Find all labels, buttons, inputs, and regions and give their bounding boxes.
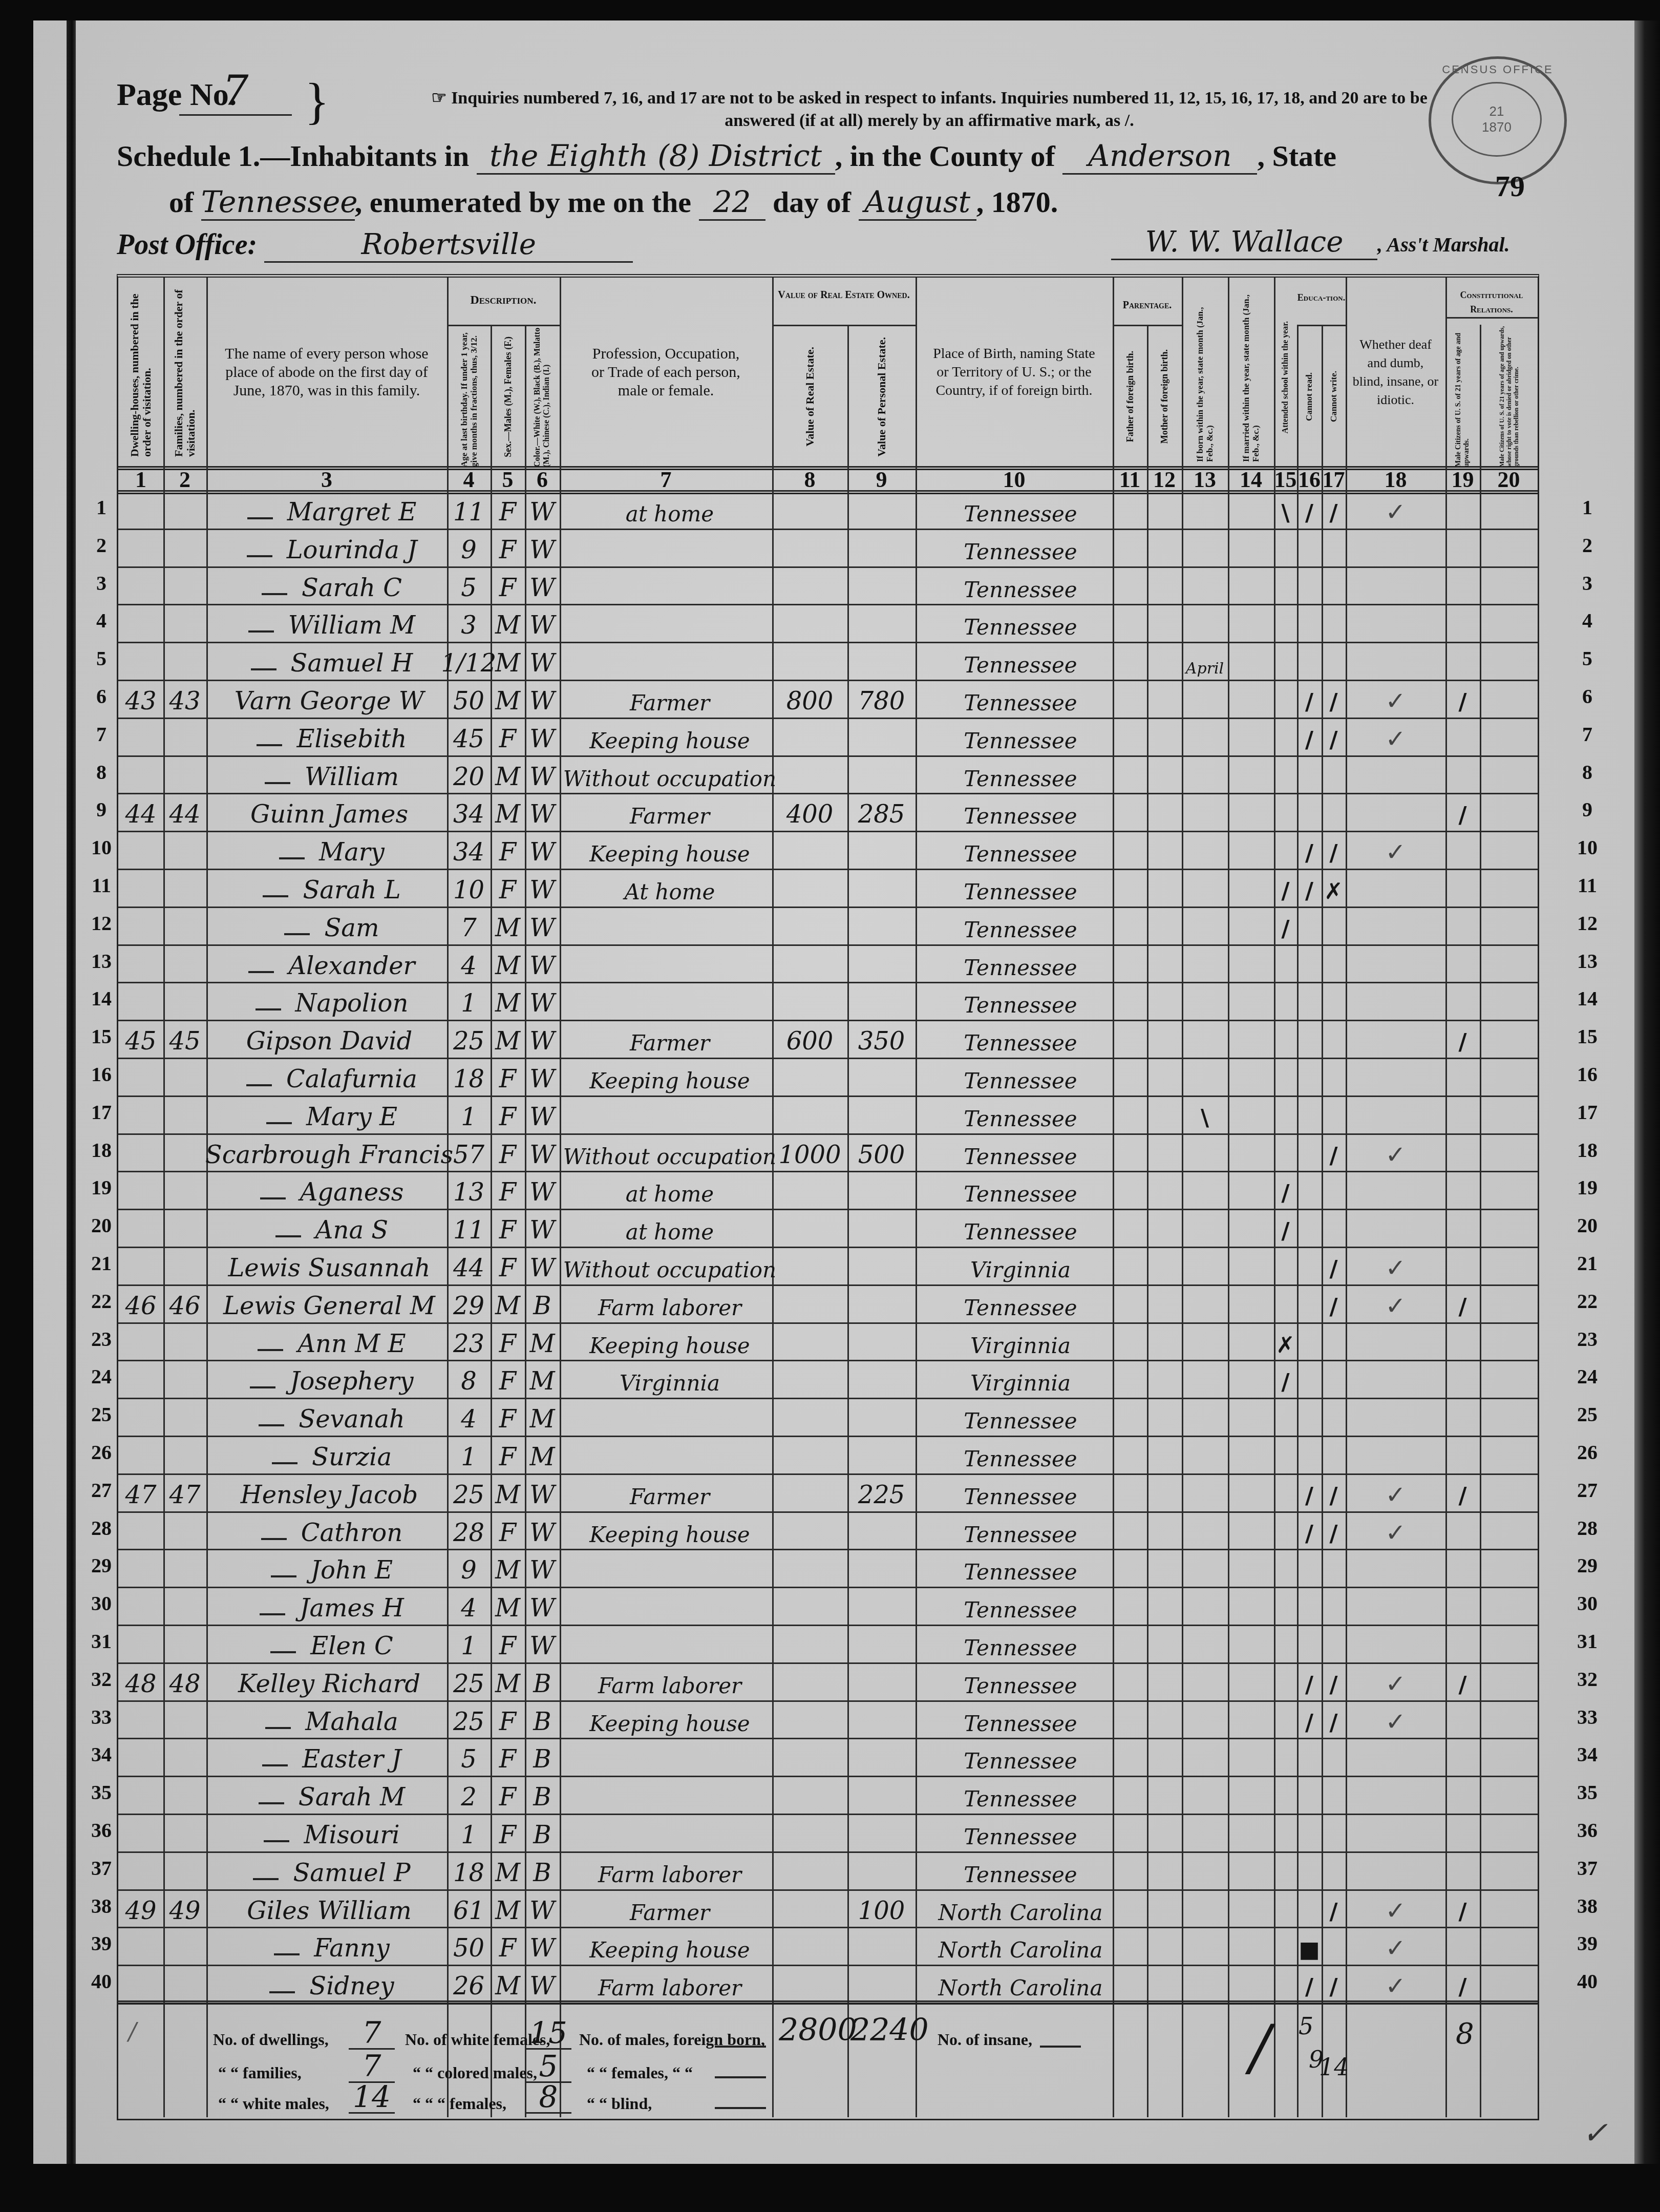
dwelling-number — [118, 530, 163, 567]
birthplace-text: Tennessee — [964, 1068, 1077, 1093]
occupation-text: Keeping house — [589, 1937, 750, 1963]
table-row: Sarah C5FWTennessee — [118, 567, 1538, 605]
column-number: 16 — [1297, 468, 1322, 491]
line-number: 5 — [1572, 646, 1603, 670]
occupation-text: Without occupation — [563, 1144, 776, 1169]
color-text: W — [529, 989, 555, 1018]
age-text: 1 — [461, 1443, 477, 1471]
sex: F — [491, 492, 525, 530]
ditto-dash — [272, 1462, 297, 1464]
born-within-year — [1182, 1286, 1228, 1323]
line-number: 6 — [86, 684, 117, 708]
personal-estate-value — [847, 1928, 916, 1966]
birthplace: Tennessee — [916, 1210, 1113, 1248]
attended-school — [1274, 1777, 1297, 1815]
line-number: 23 — [86, 1327, 117, 1351]
column-number: 3 — [206, 468, 447, 491]
real-estate-value — [772, 983, 847, 1021]
birthplace: Tennessee — [916, 794, 1113, 832]
occupation-text: Keeping house — [589, 728, 750, 753]
color: M — [525, 1323, 560, 1361]
family-number — [163, 530, 206, 567]
cannot-read — [1297, 1097, 1322, 1134]
attended-school — [1274, 567, 1297, 605]
personal-estate-value-text: 100 — [858, 1897, 905, 1925]
cannot-read: / — [1297, 719, 1322, 756]
age: 34 — [447, 794, 491, 832]
person-name: Varn George W — [206, 681, 447, 719]
occupation-text: Farmer — [630, 804, 710, 829]
line-number: 15 — [1572, 1024, 1603, 1048]
cannot-write: / — [1322, 492, 1346, 530]
male-citizen-21 — [1445, 1701, 1480, 1739]
col-header-16: Cannot read. — [1297, 326, 1322, 467]
color: W — [525, 1626, 560, 1663]
stamp-ring-text: CENSUS OFFICE — [1431, 63, 1564, 76]
census-office-stamp: CENSUS OFFICE 21 1870 — [1429, 56, 1567, 184]
person-name-text: Elisebith — [296, 725, 407, 753]
color: W — [525, 567, 560, 605]
male-citizen-21 — [1445, 1172, 1480, 1210]
sex: F — [491, 832, 525, 870]
color: W — [525, 1966, 560, 2004]
sex-text: F — [499, 725, 516, 753]
dwelling-number — [118, 1966, 163, 2004]
deaf-blind-insane-text: ✓ — [1385, 1481, 1406, 1509]
color: B — [525, 1815, 560, 1852]
cannot-write: / — [1322, 1512, 1346, 1550]
personal-estate-value — [847, 1097, 916, 1134]
sex-text: M — [495, 989, 520, 1018]
table-row: 4646Lewis General M29MBFarm laborerTenne… — [118, 1286, 1538, 1323]
person-name-text: Sarah L — [303, 876, 400, 904]
male-citizen-21-text: / — [1458, 803, 1466, 829]
constitutional-group-rule — [1445, 317, 1538, 319]
person-name-text: Mary — [319, 838, 385, 867]
cannot-read — [1297, 1361, 1322, 1399]
real-estate-value — [772, 1663, 847, 1701]
ditto-dash — [265, 782, 290, 784]
family-number — [163, 1588, 206, 1626]
attended-school — [1274, 794, 1297, 832]
sex: M — [491, 643, 525, 681]
occupation: Keeping house — [560, 1701, 772, 1739]
male-citizen-21 — [1445, 492, 1480, 530]
age-text: 34 — [453, 838, 484, 867]
county-label: , in the County of — [835, 139, 1055, 173]
color-text: W — [529, 1934, 555, 1963]
personal-estate-value — [847, 1512, 916, 1550]
birthplace: Tennessee — [916, 756, 1113, 794]
col-header-20: Male Citizens of U. S. of 21 years of ag… — [1480, 319, 1538, 467]
color-text: W — [529, 838, 555, 867]
value-group-rule — [772, 325, 916, 326]
family-number — [163, 605, 206, 643]
line-number: 28 — [1572, 1516, 1603, 1540]
line-number: 37 — [1572, 1856, 1603, 1880]
personal-estate-value — [847, 1663, 916, 1701]
col-header-9: Value of Personal Estate. — [847, 326, 916, 467]
ditto-dash — [266, 1122, 292, 1124]
birthplace-text: Tennessee — [964, 879, 1077, 904]
age-text: 1 — [461, 989, 477, 1018]
cannot-read: / — [1297, 681, 1322, 719]
occupation — [560, 1815, 772, 1852]
birthplace: Tennessee — [916, 1739, 1113, 1777]
male-citizen-21 — [1445, 945, 1480, 983]
real-estate-value — [772, 605, 847, 643]
line-number: 4 — [86, 608, 117, 633]
sex: M — [491, 1890, 525, 1928]
birthplace-text: Tennessee — [964, 955, 1077, 980]
person-name-text: Sarah C — [302, 574, 402, 602]
male-citizen-21: / — [1445, 1966, 1480, 2004]
personal-estate-value-text: 500 — [858, 1141, 905, 1169]
column-number: 14 — [1228, 468, 1274, 491]
real-estate-value — [772, 832, 847, 870]
line-number: 5 — [86, 646, 117, 670]
male-citizen-21 — [1445, 908, 1480, 945]
age-text: 7 — [461, 914, 477, 942]
sex: F — [491, 1172, 525, 1210]
person-name: Misouri — [206, 1815, 447, 1852]
age-text: 2 — [461, 1783, 477, 1811]
male-citizen-21 — [1445, 1134, 1480, 1172]
real-estate-value — [772, 1097, 847, 1134]
age: 5 — [447, 567, 491, 605]
cannot-write: / — [1322, 1890, 1346, 1928]
dwelling-number — [118, 1815, 163, 1852]
attended-school — [1274, 719, 1297, 756]
occupation: Farm laborer — [560, 1286, 772, 1323]
col-header-1: Dwelling-houses, numbered in the order o… — [118, 278, 163, 467]
family-number — [163, 1852, 206, 1890]
line-number: 2 — [1572, 533, 1603, 557]
color-text: W — [529, 1103, 555, 1131]
personal-estate-value: 780 — [847, 681, 916, 719]
person-name-text: Mary E — [306, 1103, 397, 1131]
sex-text: F — [499, 1443, 516, 1471]
cannot-write — [1322, 605, 1346, 643]
cannot-write — [1322, 945, 1346, 983]
attended-school — [1274, 1739, 1297, 1777]
table-row: Ann M E23FMKeeping houseVirginnia✗ — [118, 1323, 1538, 1361]
age: 20 — [447, 756, 491, 794]
sex-text: F — [499, 1178, 516, 1207]
color-text: W — [529, 800, 555, 829]
table-row: William M3MWTennessee — [118, 605, 1538, 643]
age-text: 9 — [461, 536, 477, 564]
birthplace-text: Tennessee — [964, 1182, 1077, 1207]
family-number — [163, 870, 206, 908]
color-text: W — [529, 536, 555, 564]
table-row: Fanny50FWKeeping houseNorth Carolina■✓ — [118, 1928, 1538, 1966]
family-number — [163, 832, 206, 870]
sex: F — [491, 1437, 525, 1474]
male-citizen-21: / — [1445, 1021, 1480, 1059]
line-number: 8 — [86, 760, 117, 784]
line-number: 29 — [1572, 1553, 1603, 1577]
insane-label: No. of insane, — [938, 2030, 1032, 2049]
line-number: 40 — [86, 1969, 117, 1993]
dwelling-number: 49 — [118, 1890, 163, 1928]
sex-text: F — [499, 1103, 516, 1131]
color-text: W — [529, 574, 555, 602]
born-within-year — [1182, 1021, 1228, 1059]
color-text: M — [529, 1367, 555, 1396]
occupation: Keeping house — [560, 1928, 772, 1966]
ditto-dash — [256, 1008, 281, 1010]
birthplace-text: Tennessee — [964, 501, 1077, 526]
deaf-blind-insane-text: ✓ — [1385, 1254, 1406, 1282]
personal-estate-value: 350 — [847, 1021, 916, 1059]
attended-school — [1274, 1134, 1297, 1172]
sex-text: F — [499, 574, 516, 602]
deaf-blind-insane — [1346, 1588, 1445, 1626]
sex: M — [491, 983, 525, 1021]
colored-males-label: “ “ colored males, — [413, 2063, 537, 2082]
column-number: 10 — [916, 468, 1113, 491]
personal-estate-value — [847, 1626, 916, 1663]
age: 61 — [447, 1890, 491, 1928]
cannot-read — [1297, 756, 1322, 794]
attended-school — [1274, 643, 1297, 681]
birthplace: Virginnia — [916, 1361, 1113, 1399]
born-within-year — [1182, 1248, 1228, 1286]
attended-school — [1274, 1399, 1297, 1437]
person-name: Mary E — [206, 1097, 447, 1134]
birthplace-text: Tennessee — [964, 993, 1077, 1018]
birthplace: Tennessee — [916, 1172, 1113, 1210]
birthplace-text: Tennessee — [964, 1030, 1077, 1056]
attended-school — [1274, 832, 1297, 870]
line-number: 39 — [1572, 1931, 1603, 1955]
male-citizen-21: / — [1445, 1890, 1480, 1928]
sex: M — [491, 681, 525, 719]
dwelling-number — [118, 1361, 163, 1399]
ditto-dash — [261, 1538, 287, 1540]
real-estate-value — [772, 1815, 847, 1852]
line-number: 18 — [86, 1138, 117, 1162]
person-name-text: Surzia — [312, 1443, 392, 1471]
cannot-write — [1322, 756, 1346, 794]
personal-estate-value — [847, 1852, 916, 1890]
cannot-write — [1322, 983, 1346, 1021]
birthplace: Tennessee — [916, 719, 1113, 756]
real-estate-value — [772, 643, 847, 681]
deaf-blind-insane-text: ✓ — [1385, 725, 1406, 753]
cannot-read — [1297, 1172, 1322, 1210]
cannot-read — [1297, 1890, 1322, 1928]
color-text: M — [529, 1405, 555, 1434]
person-name-text: Sidney — [309, 1972, 394, 2000]
sex: F — [491, 1512, 525, 1550]
attended-school: / — [1274, 1172, 1297, 1210]
person-name: Fanny — [206, 1928, 447, 1966]
table-row: Alexander4MWTennessee — [118, 945, 1538, 983]
birthplace-text: Tennessee — [964, 728, 1077, 753]
person-name: Sidney — [206, 1966, 447, 2004]
enumeration-line: of Tennessee, enumerated by me on the 22… — [169, 184, 1058, 221]
table-row: James H4MWTennessee — [118, 1588, 1538, 1626]
family-number-text: 47 — [169, 1481, 200, 1509]
cannot-read: / — [1297, 1474, 1322, 1512]
description-group-rule — [447, 325, 560, 326]
personal-estate-value — [847, 530, 916, 567]
birthplace: Tennessee — [916, 908, 1113, 945]
color: W — [525, 492, 560, 530]
birthplace-text: Tennessee — [964, 539, 1077, 564]
person-name-text: William — [305, 763, 399, 791]
male-citizen-21 — [1445, 1852, 1480, 1890]
age: 25 — [447, 1021, 491, 1059]
district-field: the Eighth (8) District — [477, 138, 835, 175]
column-number: 15 — [1274, 468, 1297, 491]
occupation: At home — [560, 870, 772, 908]
deaf-blind-insane-text: ✓ — [1385, 1897, 1406, 1925]
person-name-text: Hensley Jacob — [241, 1481, 418, 1509]
col-header-11: Father of foreign birth. — [1113, 326, 1147, 467]
male-citizen-21 — [1445, 719, 1480, 756]
ditto-dash — [258, 1349, 283, 1351]
dwelling-number — [118, 1626, 163, 1663]
table-row: 4848Kelley Richard25MBFarm laborerTennes… — [118, 1663, 1538, 1701]
sex-text: M — [495, 914, 520, 942]
cannot-read: / — [1297, 1512, 1322, 1550]
occupation: Farm laborer — [560, 1852, 772, 1890]
male-citizen-21 — [1445, 567, 1480, 605]
family-number — [163, 983, 206, 1021]
cannot-read-text: / — [1305, 878, 1313, 904]
person-name: Ann M E — [206, 1323, 447, 1361]
dwelling-number — [118, 832, 163, 870]
age-text: 4 — [461, 1405, 477, 1434]
color-text: B — [533, 1821, 551, 1849]
dwelling-number — [118, 1739, 163, 1777]
deaf-blind-insane-text: ✓ — [1385, 1519, 1406, 1547]
sex-text: M — [495, 611, 520, 640]
marshal-line: W. W. Wallace, Ass't Marshal. — [1111, 225, 1510, 260]
color: W — [525, 1928, 560, 1966]
cannot-write-text: / — [1329, 840, 1337, 867]
birthplace-text: Virginnia — [970, 1257, 1071, 1282]
ditto-dash — [279, 857, 305, 859]
personal-estate-value — [847, 1172, 916, 1210]
dwelling-number — [118, 605, 163, 643]
birthplace-text: Tennessee — [964, 1862, 1077, 1887]
line-number: 8 — [1572, 760, 1603, 784]
blind-blank — [715, 2087, 766, 2109]
cannot-write — [1322, 1815, 1346, 1852]
birthplace-text: Virginnia — [970, 1371, 1071, 1396]
sex-text: M — [495, 1481, 520, 1509]
line-number: 23 — [1572, 1327, 1603, 1351]
occupation-text: Farmer — [630, 1484, 710, 1509]
age-text: 18 — [453, 1859, 484, 1887]
sex-text: M — [495, 1292, 520, 1320]
born-within-year — [1182, 1928, 1228, 1966]
instructions-note: ☞ Inquiries numbered 7, 16, and 17 are n… — [430, 87, 1429, 132]
attended-school — [1274, 1588, 1297, 1626]
birthplace: Tennessee — [916, 832, 1113, 870]
person-name: Sarah M — [206, 1777, 447, 1815]
occupation: Keeping house — [560, 832, 772, 870]
born-within-year — [1182, 945, 1228, 983]
attended-school — [1274, 1815, 1297, 1852]
attended-school-text: / — [1281, 1370, 1289, 1396]
parentage-group-label: Parentage. — [1113, 298, 1182, 312]
person-name-text: Ann M E — [297, 1330, 406, 1358]
sex-text: F — [499, 838, 516, 867]
dwellings-count: 7 — [349, 2017, 395, 2050]
personal-estate-value — [847, 1588, 916, 1626]
cannot-read-text: / — [1305, 840, 1313, 867]
person-name: Josephery — [206, 1361, 447, 1399]
age: 50 — [447, 681, 491, 719]
age: 5 — [447, 1739, 491, 1777]
attended-school — [1274, 1512, 1297, 1550]
real-estate-value — [772, 1210, 847, 1248]
schedule-line: Schedule 1.—Inhabitants in the Eighth (8… — [117, 138, 1336, 175]
ditto-dash — [250, 1386, 275, 1388]
person-name: Samuel P — [206, 1852, 447, 1890]
sex-text: F — [499, 1216, 516, 1245]
ditto-dash — [265, 1727, 291, 1729]
color-text: B — [533, 1670, 551, 1698]
occupation: Farmer — [560, 794, 772, 832]
page-totals: / No. of dwellings, 7 “ “ families, 7 “ … — [118, 2002, 1538, 2117]
attended-school — [1274, 1286, 1297, 1323]
person-name: William — [206, 756, 447, 794]
col-header-4: Age at last birthday. If under 1 year, g… — [447, 326, 491, 467]
family-number — [163, 945, 206, 983]
person-name-text: Sarah M — [299, 1783, 405, 1811]
color-text: W — [529, 725, 555, 753]
line-number: 30 — [86, 1591, 117, 1615]
family-number — [163, 1210, 206, 1248]
table-row: Mahala25FBKeeping houseTennessee//✓ — [118, 1701, 1538, 1739]
age: 57 — [447, 1134, 491, 1172]
cannot-write — [1322, 1097, 1346, 1134]
birthplace-text: Tennessee — [964, 577, 1077, 602]
born-within-year — [1182, 756, 1228, 794]
occupation-text: Farmer — [630, 1900, 710, 1925]
occupation — [560, 643, 772, 681]
personal-estate-value: 225 — [847, 1474, 916, 1512]
born-within-year — [1182, 1663, 1228, 1701]
family-number: 43 — [163, 681, 206, 719]
dwelling-number — [118, 1437, 163, 1474]
deaf-blind-insane: ✓ — [1346, 832, 1445, 870]
ditto-dash — [263, 895, 288, 897]
born-within-year — [1182, 492, 1228, 530]
sex-text: M — [495, 1972, 520, 2000]
line-number: 19 — [1572, 1175, 1603, 1199]
occupation — [560, 1437, 772, 1474]
line-number: 12 — [86, 911, 117, 935]
real-estate-value — [772, 1777, 847, 1815]
person-name: Mahala — [206, 1701, 447, 1739]
color: M — [525, 1399, 560, 1437]
table-row: Sidney26MWFarm laborerNorth Carolina//✓/ — [118, 1966, 1538, 2004]
birthplace: Tennessee — [916, 1815, 1113, 1852]
male-citizen-21 — [1445, 1739, 1480, 1777]
cannot-read — [1297, 983, 1322, 1021]
deaf-blind-insane: ✓ — [1346, 681, 1445, 719]
occupation: at home — [560, 492, 772, 530]
deaf-blind-insane — [1346, 1172, 1445, 1210]
male-citizen-21: / — [1445, 1474, 1480, 1512]
